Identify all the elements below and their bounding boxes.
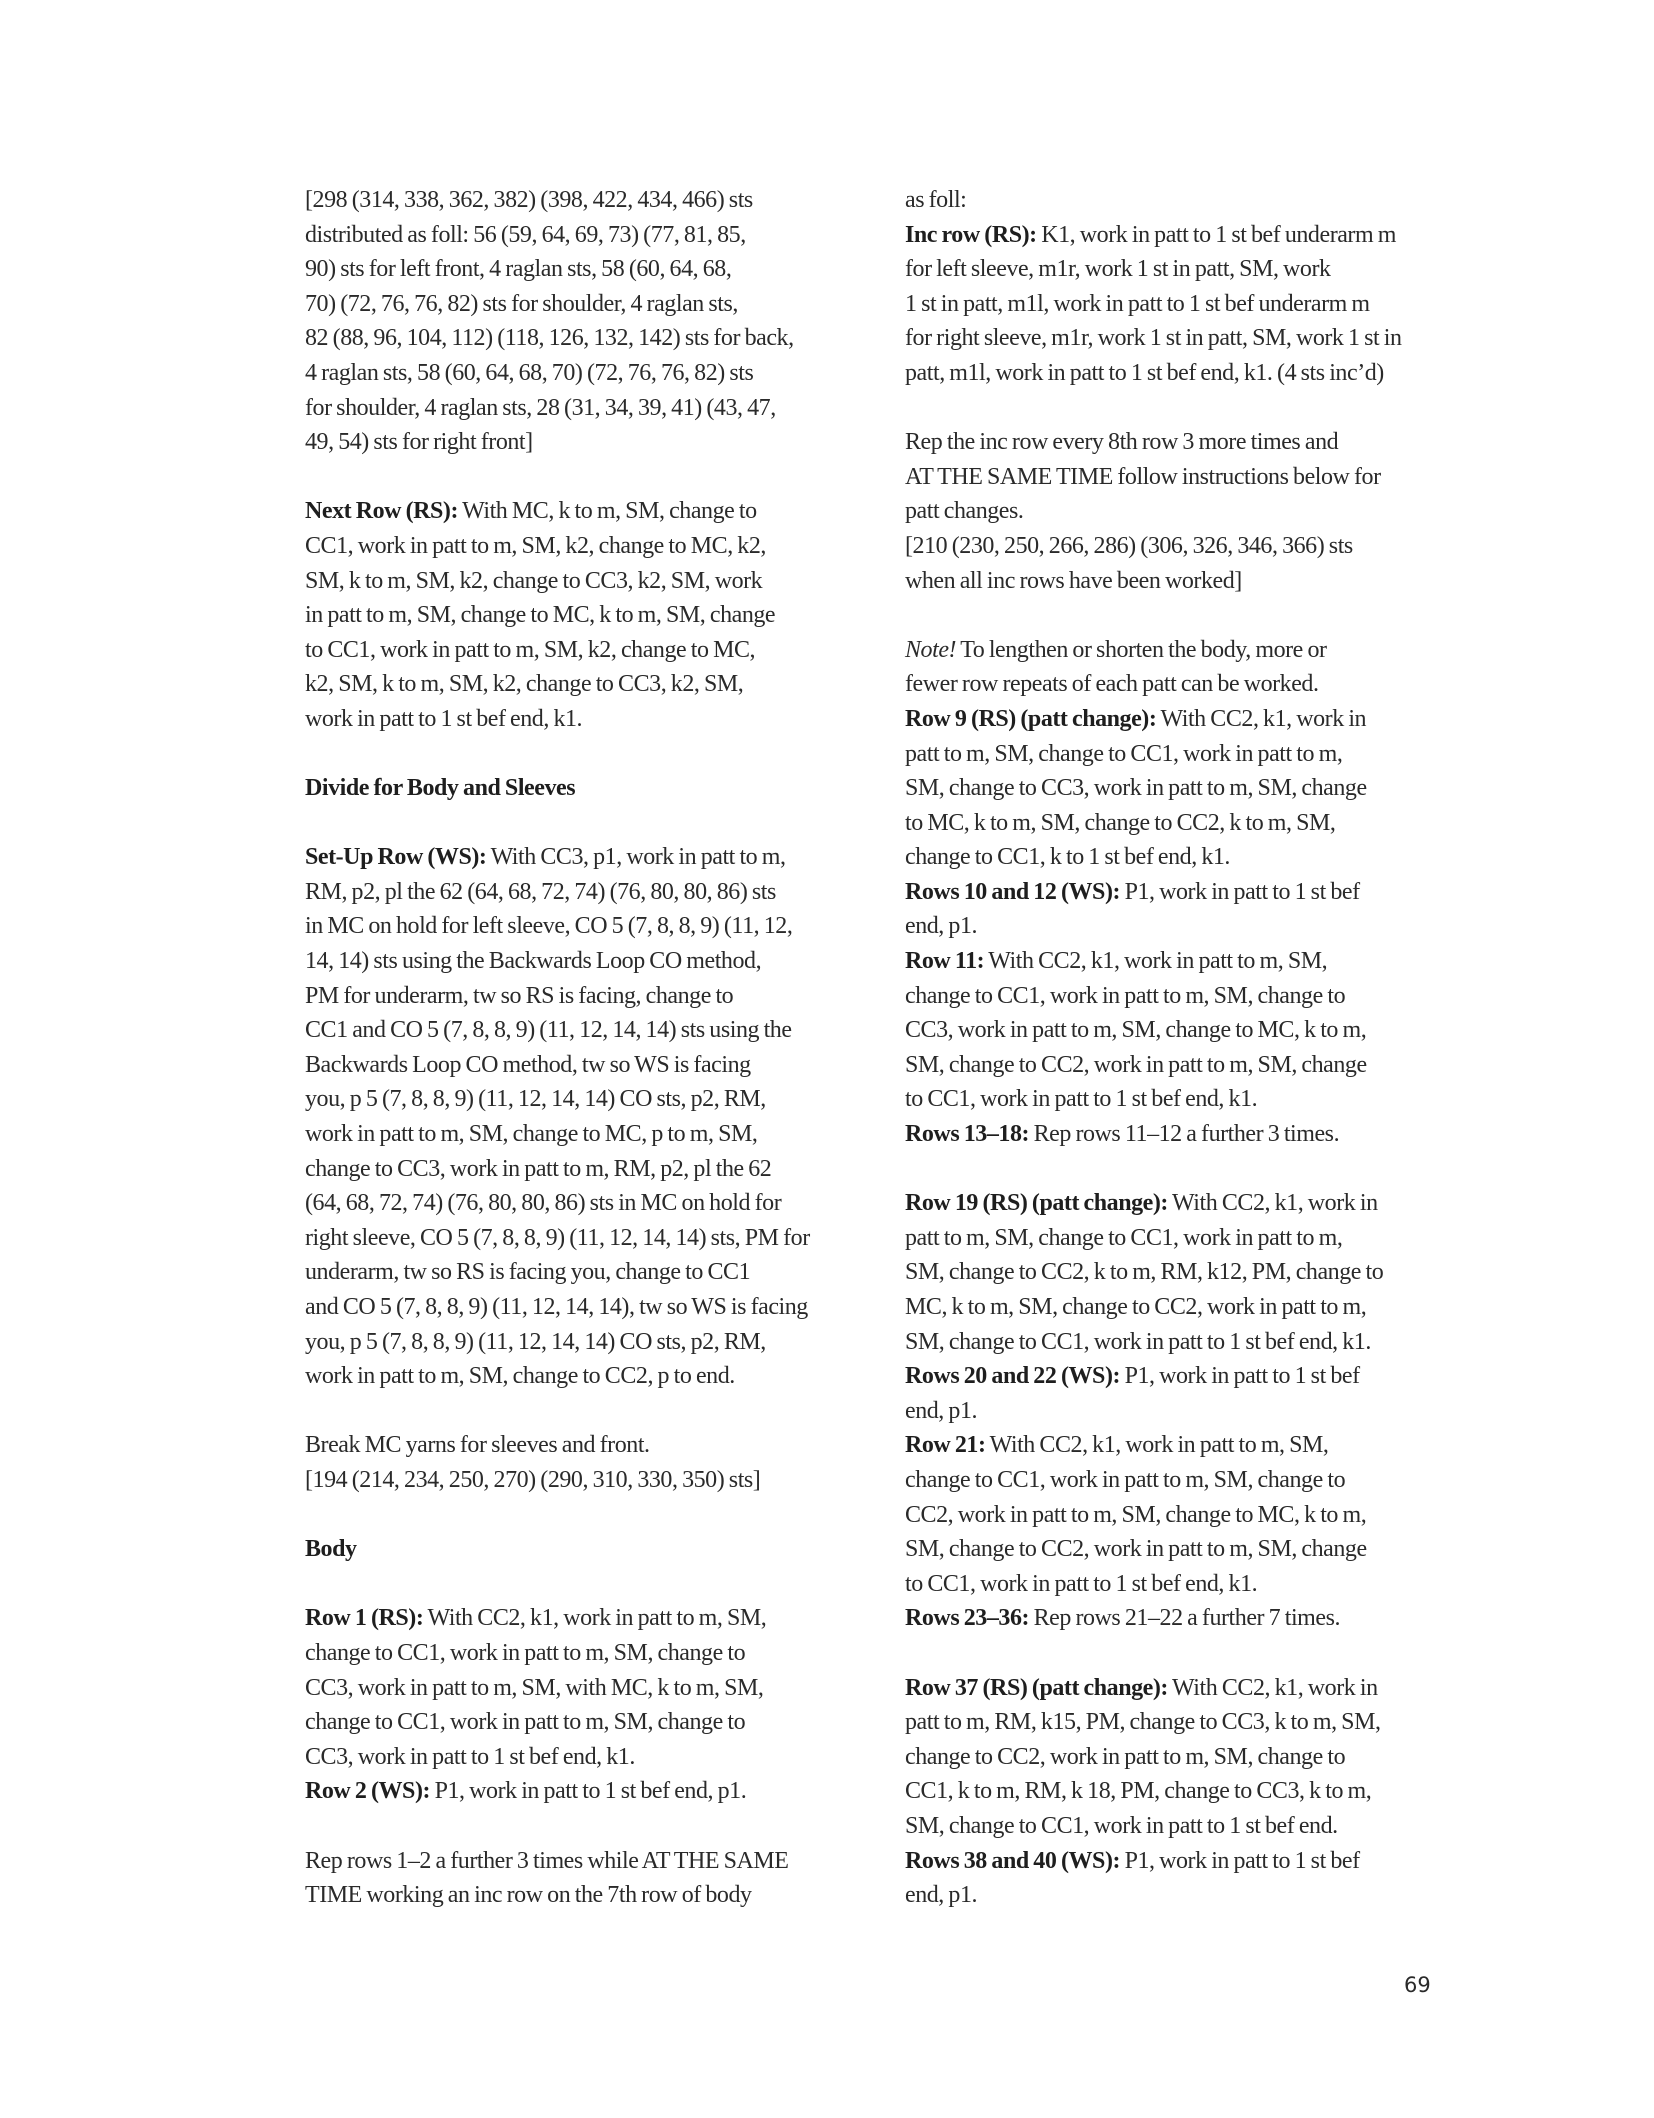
text-line: change to CC1, work in patt to m, SM, ch… <box>305 1705 865 1740</box>
right-column: as foll: Inc row (RS): K1, work in patt … <box>905 183 1465 1913</box>
text-line: to CC1, work in patt to 1 st bef end, k1… <box>905 1567 1465 1602</box>
text-line: work in patt to 1 st bef end, k1. <box>305 702 865 737</box>
text-line: right sleeve, CO 5 (7, 8, 8, 9) (11, 12,… <box>305 1221 865 1256</box>
text-line: Row 2 (WS): P1, work in patt to 1 st bef… <box>305 1774 865 1809</box>
text-line: distributed as foll: 56 (59, 64, 69, 73)… <box>305 218 865 253</box>
text-line: in MC on hold for left sleeve, CO 5 (7, … <box>305 909 865 944</box>
break-yarns-paragraph: Break MC yarns for sleeves and front. [1… <box>305 1428 865 1497</box>
text-line: 4 raglan sts, 58 (60, 64, 68, 70) (72, 7… <box>305 356 865 391</box>
row-text: Rep rows 11–12 a further 3 times. <box>1029 1121 1339 1147</box>
row-text: With CC2, k1, work in <box>1168 1190 1378 1216</box>
text-line: [298 (314, 338, 362, 382) (398, 422, 434… <box>305 183 865 218</box>
text-line: Rows 13–18: Rep rows 11–12 a further 3 t… <box>905 1117 1465 1152</box>
text-line: underarm, tw so RS is facing you, change… <box>305 1255 865 1290</box>
text-line: end, p1. <box>905 909 1465 944</box>
text-line: k2, SM, k to m, SM, k2, change to CC3, k… <box>305 667 865 702</box>
row-19-instruction: Row 19 (RS) (patt change): With CC2, k1,… <box>905 1186 1465 1359</box>
row-text: P1, work in patt to 1 st bef <box>1120 879 1360 905</box>
text-line: Set-Up Row (WS): With CC3, p1, work in p… <box>305 840 865 875</box>
text-line: patt changes. <box>905 494 1465 529</box>
text-line: 90) sts for left front, 4 raglan sts, 58… <box>305 252 865 287</box>
row-text: P1, work in patt to 1 st bef <box>1120 1363 1360 1389</box>
text-line: [194 (214, 234, 250, 270) (290, 310, 330… <box>305 1463 865 1498</box>
text-line: change to CC1, work in patt to m, SM, ch… <box>905 979 1465 1014</box>
row-label: Row 1 (RS): <box>305 1605 423 1631</box>
text-line: Row 11: With CC2, k1, work in patt to m,… <box>905 944 1465 979</box>
text-line: Rep rows 1–2 a further 3 times while AT … <box>305 1844 865 1879</box>
text-line: MC, k to m, SM, change to CC2, work in p… <box>905 1290 1465 1325</box>
text-line: CC2, work in patt to m, SM, change to MC… <box>905 1498 1465 1533</box>
row-label: Rows 20 and 22 (WS): <box>905 1363 1120 1389</box>
text-line: PM for underarm, tw so RS is facing, cha… <box>305 979 865 1014</box>
row-text: Rep rows 21–22 a further 7 times. <box>1029 1605 1340 1631</box>
text-line: Rows 38 and 40 (WS): P1, work in patt to… <box>905 1844 1465 1879</box>
repeat-rows-paragraph: Rep rows 1–2 a further 3 times while AT … <box>305 1844 865 1913</box>
repeat-inc-paragraph: Rep the inc row every 8th row 3 more tim… <box>905 425 1465 598</box>
rows-38-40-instruction: Rows 38 and 40 (WS): P1, work in patt to… <box>905 1844 1465 1913</box>
text-line: Row 19 (RS) (patt change): With CC2, k1,… <box>905 1186 1465 1221</box>
text-line: CC1 and CO 5 (7, 8, 8, 9) (11, 12, 14, 1… <box>305 1013 865 1048</box>
row-9-instruction: Row 9 (RS) (patt change): With CC2, k1, … <box>905 702 1465 875</box>
rows-20-22-instruction: Rows 20 and 22 (WS): P1, work in patt to… <box>905 1359 1465 1428</box>
row-text: With CC2, k1, work in patt to m, SM, <box>423 1605 766 1631</box>
row-label: Next Row (RS): <box>305 498 458 524</box>
text-line: work in patt to m, SM, change to CC2, p … <box>305 1359 865 1394</box>
text-line: SM, change to CC2, k to m, RM, k12, PM, … <box>905 1255 1465 1290</box>
text-line: change to CC1, work in patt to m, SM, ch… <box>305 1636 865 1671</box>
text-line: 1 st in patt, m1l, work in patt to 1 st … <box>905 287 1465 322</box>
text-line: change to CC2, work in patt to m, SM, ch… <box>905 1740 1465 1775</box>
text-line: Note! To lengthen or shorten the body, m… <box>905 633 1465 668</box>
row-text: With CC2, k1, work in <box>1168 1675 1378 1701</box>
text-line: Inc row (RS): K1, work in patt to 1 st b… <box>905 218 1465 253</box>
text-line: Rows 23–36: Rep rows 21–22 a further 7 t… <box>905 1601 1465 1636</box>
text-line: fewer row repeats of each patt can be wo… <box>905 667 1465 702</box>
text-line: CC1, k to m, RM, k 18, PM, change to CC3… <box>905 1774 1465 1809</box>
text-line: Row 9 (RS) (patt change): With CC2, k1, … <box>905 702 1465 737</box>
text-line: for left sleeve, m1r, work 1 st in patt,… <box>905 252 1465 287</box>
next-row-instruction: Next Row (RS): With MC, k to m, SM, chan… <box>305 494 865 736</box>
text-line: Rows 20 and 22 (WS): P1, work in patt to… <box>905 1359 1465 1394</box>
text-line: in patt to m, SM, change to MC, k to m, … <box>305 598 865 633</box>
row-11-instruction: Row 11: With CC2, k1, work in patt to m,… <box>905 944 1465 1117</box>
text-line: AT THE SAME TIME follow instructions bel… <box>905 460 1465 495</box>
left-column: [298 (314, 338, 362, 382) (398, 422, 434… <box>305 183 865 1947</box>
row-label: Rows 23–36: <box>905 1605 1029 1631</box>
row-label: Set-Up Row (WS): <box>305 844 486 870</box>
text-line: SM, change to CC1, work in patt to 1 st … <box>905 1809 1465 1844</box>
text-line: and CO 5 (7, 8, 8, 9) (11, 12, 14, 14), … <box>305 1290 865 1325</box>
rows-23-36-instruction: Rows 23–36: Rep rows 21–22 a further 7 t… <box>905 1601 1465 1636</box>
text-line: to MC, k to m, SM, change to CC2, k to m… <box>905 806 1465 841</box>
text-line: you, p 5 (7, 8, 8, 9) (11, 12, 14, 14) C… <box>305 1082 865 1117</box>
text-line: to CC1, work in patt to m, SM, k2, chang… <box>305 633 865 668</box>
row-text: To lengthen or shorten the body, more or <box>956 637 1326 663</box>
stitch-distribution-paragraph: [298 (314, 338, 362, 382) (398, 422, 434… <box>305 183 865 460</box>
row-label: Rows 38 and 40 (WS): <box>905 1848 1120 1874</box>
as-foll-line: as foll: <box>905 183 1465 218</box>
row-label: Rows 13–18: <box>905 1121 1029 1147</box>
text-line: patt to m, SM, change to CC1, work in pa… <box>905 737 1465 772</box>
inc-row-instruction: Inc row (RS): K1, work in patt to 1 st b… <box>905 218 1465 391</box>
text-line: 14, 14) sts using the Backwards Loop CO … <box>305 944 865 979</box>
text-line: end, p1. <box>905 1878 1465 1913</box>
text-line: as foll: <box>905 183 1465 218</box>
text-line: TIME working an inc row on the 7th row o… <box>305 1878 865 1913</box>
text-line: Row 21: With CC2, k1, work in patt to m,… <box>905 1428 1465 1463</box>
row-text: With CC2, k1, work in <box>1156 706 1366 732</box>
row-text: With CC3, p1, work in patt to m, <box>486 844 785 870</box>
row-label: Row 19 (RS) (patt change): <box>905 1190 1168 1216</box>
row-text: K1, work in patt to 1 st bef underarm m <box>1037 222 1396 248</box>
note-paragraph: Note! To lengthen or shorten the body, m… <box>905 633 1465 702</box>
text-line: change to CC3, work in patt to m, RM, p2… <box>305 1152 865 1187</box>
text-line: Row 1 (RS): With CC2, k1, work in patt t… <box>305 1601 865 1636</box>
row-text: P1, work in patt to 1 st bef <box>1120 1848 1360 1874</box>
text-line: for right sleeve, m1r, work 1 st in patt… <box>905 321 1465 356</box>
row-label: Row 11: <box>905 948 984 974</box>
text-line: when all inc rows have been worked] <box>905 564 1465 599</box>
document-page: [298 (314, 338, 362, 382) (398, 422, 434… <box>0 0 1654 2118</box>
setup-row-instruction: Set-Up Row (WS): With CC3, p1, work in p… <box>305 840 865 1394</box>
row-label: Inc row (RS): <box>905 222 1037 248</box>
row-1-instruction: Row 1 (RS): With CC2, k1, work in patt t… <box>305 1601 865 1774</box>
text-line: 82 (88, 96, 104, 112) (118, 126, 132, 14… <box>305 321 865 356</box>
row-text: With CC2, k1, work in patt to m, SM, <box>986 1432 1329 1458</box>
text-line: patt to m, RM, k15, PM, change to CC3, k… <box>905 1705 1465 1740</box>
text-line: end, p1. <box>905 1394 1465 1429</box>
section-heading-body: Body <box>305 1532 865 1567</box>
row-label: Row 2 (WS): <box>305 1778 430 1804</box>
text-line: [210 (230, 250, 266, 286) (306, 326, 346… <box>905 529 1465 564</box>
text-line: SM, change to CC2, work in patt to m, SM… <box>905 1048 1465 1083</box>
text-line: work in patt to m, SM, change to MC, p t… <box>305 1117 865 1152</box>
text-line: CC3, work in patt to m, SM, change to MC… <box>905 1013 1465 1048</box>
text-line: (64, 68, 72, 74) (76, 80, 80, 86) sts in… <box>305 1186 865 1221</box>
row-label: Row 21: <box>905 1432 986 1458</box>
text-line: patt, m1l, work in patt to 1 st bef end,… <box>905 356 1465 391</box>
row-21-instruction: Row 21: With CC2, k1, work in patt to m,… <box>905 1428 1465 1601</box>
text-line: Break MC yarns for sleeves and front. <box>305 1428 865 1463</box>
text-line: SM, change to CC3, work in patt to m, SM… <box>905 771 1465 806</box>
row-text: With MC, k to m, SM, change to <box>458 498 757 524</box>
text-line: Next Row (RS): With MC, k to m, SM, chan… <box>305 494 865 529</box>
row-37-instruction: Row 37 (RS) (patt change): With CC2, k1,… <box>905 1671 1465 1844</box>
text-line: Rep the inc row every 8th row 3 more tim… <box>905 425 1465 460</box>
section-heading-divide: Divide for Body and Sleeves <box>305 771 865 806</box>
text-line: for shoulder, 4 raglan sts, 28 (31, 34, … <box>305 391 865 426</box>
text-line: you, p 5 (7, 8, 8, 9) (11, 12, 14, 14) C… <box>305 1325 865 1360</box>
row-label: Row 9 (RS) (patt change): <box>905 706 1156 732</box>
text-line: Row 37 (RS) (patt change): With CC2, k1,… <box>905 1671 1465 1706</box>
text-line: to CC1, work in patt to 1 st bef end, k1… <box>905 1082 1465 1117</box>
text-line: change to CC1, work in patt to m, SM, ch… <box>905 1463 1465 1498</box>
text-line: SM, change to CC1, work in patt to 1 st … <box>905 1325 1465 1360</box>
text-line: SM, k to m, SM, k2, change to CC3, k2, S… <box>305 564 865 599</box>
row-text: With CC2, k1, work in patt to m, SM, <box>984 948 1327 974</box>
text-line: change to CC1, k to 1 st bef end, k1. <box>905 840 1465 875</box>
text-line: CC3, work in patt to 1 st bef end, k1. <box>305 1740 865 1775</box>
row-label: Rows 10 and 12 (WS): <box>905 879 1120 905</box>
text-line: SM, change to CC2, work in patt to m, SM… <box>905 1532 1465 1567</box>
row-2-instruction: Row 2 (WS): P1, work in patt to 1 st bef… <box>305 1774 865 1809</box>
text-line: Backwards Loop CO method, tw so WS is fa… <box>305 1048 865 1083</box>
text-line: Rows 10 and 12 (WS): P1, work in patt to… <box>905 875 1465 910</box>
text-line: 49, 54) sts for right front] <box>305 425 865 460</box>
rows-10-12-instruction: Rows 10 and 12 (WS): P1, work in patt to… <box>905 875 1465 944</box>
page-number: 69 <box>1404 1973 1431 1997</box>
text-line: RM, p2, pl the 62 (64, 68, 72, 74) (76, … <box>305 875 865 910</box>
text-line: CC1, work in patt to m, SM, k2, change t… <box>305 529 865 564</box>
row-text: P1, work in patt to 1 st bef end, p1. <box>430 1778 746 1804</box>
text-line: 70) (72, 76, 76, 82) sts for shoulder, 4… <box>305 287 865 322</box>
text-line: CC3, work in patt to m, SM, with MC, k t… <box>305 1671 865 1706</box>
rows-13-18-instruction: Rows 13–18: Rep rows 11–12 a further 3 t… <box>905 1117 1465 1152</box>
text-line: patt to m, SM, change to CC1, work in pa… <box>905 1221 1465 1256</box>
note-label: Note! <box>905 637 956 663</box>
row-label: Row 37 (RS) (patt change): <box>905 1675 1168 1701</box>
